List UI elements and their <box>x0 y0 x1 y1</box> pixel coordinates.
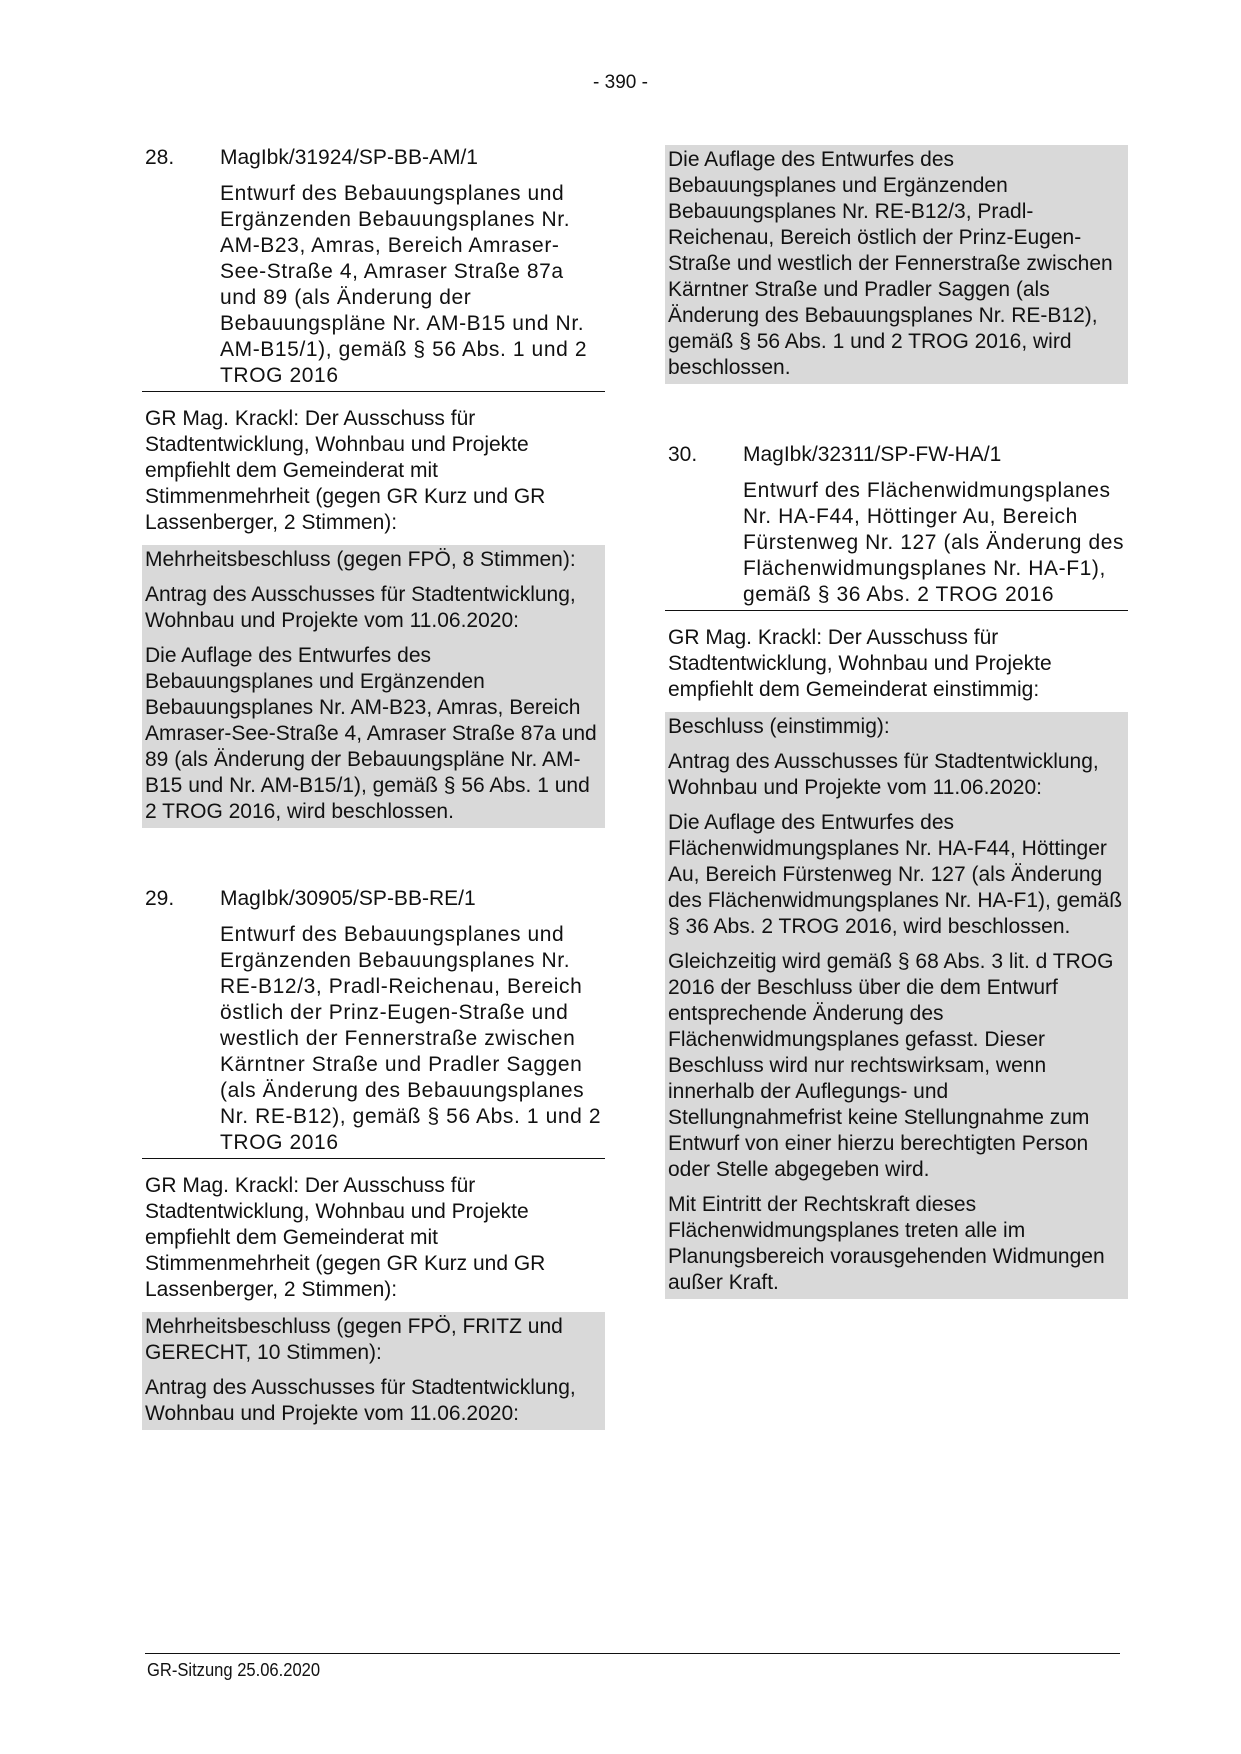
resolution-block: Beschluss (einstimmig): Antrag des Aussc… <box>665 712 1128 1299</box>
resolution-block: Mehrheitsbeschluss (gegen FPÖ, FRITZ und… <box>142 1312 605 1430</box>
agenda-item-28: 28. MagIbk/31924/SP-BB-AM/1 Entwurf des … <box>145 145 602 828</box>
motion-text: Antrag des Ausschusses für Stadtentwickl… <box>668 749 1125 801</box>
item-title: Entwurf des Flächenwidmungsplanes Nr. HA… <box>743 478 1125 608</box>
committee-recommendation: GR Mag. Krackl: Der Ausschuss für Stadte… <box>145 1173 602 1303</box>
resolution-type: Mehrheitsbeschluss (gegen FPÖ, FRITZ und… <box>145 1314 602 1366</box>
resolution-type: Mehrheitsbeschluss (gegen FPÖ, 8 Stimmen… <box>145 547 602 573</box>
divider <box>142 1158 605 1159</box>
additional-resolution: Gleichzeitig wird gemäß § 68 Abs. 3 lit.… <box>668 949 1125 1183</box>
resolution-block: Mehrheitsbeschluss (gegen FPÖ, 8 Stimmen… <box>142 545 605 828</box>
decision-text: Die Auflage des Entwurfes des Flächenwid… <box>668 810 1125 940</box>
item-title: Entwurf des Bebauungsplanes und Ergänzen… <box>220 922 602 1156</box>
item-reference: MagIbk/30905/SP-BB-RE/1 <box>220 886 476 912</box>
item-reference: MagIbk/32311/SP-FW-HA/1 <box>743 442 1001 468</box>
item-number: 29. <box>145 886 220 912</box>
item-title: Entwurf des Bebauungsplanes und Ergänzen… <box>220 181 602 389</box>
item-number: 28. <box>145 145 220 171</box>
item-heading: 29. MagIbk/30905/SP-BB-RE/1 <box>145 886 602 912</box>
legal-effect: Mit Eintritt der Rechtskraft dieses Fläc… <box>668 1192 1125 1296</box>
footer-divider <box>145 1653 1120 1654</box>
page-number: - 390 - <box>0 72 1241 94</box>
right-column: Die Auflage des Entwurfes des Bebauungsp… <box>668 145 1125 1299</box>
resolution-block-continued: Die Auflage des Entwurfes des Bebauungsp… <box>665 145 1128 384</box>
decision-text: Die Auflage des Entwurfes des Bebauungsp… <box>668 147 1125 381</box>
agenda-item-29: 29. MagIbk/30905/SP-BB-RE/1 Entwurf des … <box>145 886 602 1430</box>
committee-recommendation: GR Mag. Krackl: Der Ausschuss für Stadte… <box>668 625 1125 703</box>
left-column: 28. MagIbk/31924/SP-BB-AM/1 Entwurf des … <box>145 145 602 1430</box>
item-heading: 28. MagIbk/31924/SP-BB-AM/1 <box>145 145 602 171</box>
committee-recommendation: GR Mag. Krackl: Der Ausschuss für Stadte… <box>145 406 602 536</box>
item-heading: 30. MagIbk/32311/SP-FW-HA/1 <box>668 442 1125 468</box>
agenda-item-30: 30. MagIbk/32311/SP-FW-HA/1 Entwurf des … <box>668 442 1125 1299</box>
motion-text: Antrag des Ausschusses für Stadtentwickl… <box>145 1375 602 1427</box>
footer-session-date: GR-Sitzung 25.06.2020 <box>147 1660 320 1681</box>
divider <box>665 610 1128 611</box>
decision-text: Die Auflage des Entwurfes des Bebauungsp… <box>145 643 602 825</box>
resolution-type: Beschluss (einstimmig): <box>668 714 1125 740</box>
divider <box>142 391 605 392</box>
motion-text: Antrag des Ausschusses für Stadtentwickl… <box>145 582 602 634</box>
item-reference: MagIbk/31924/SP-BB-AM/1 <box>220 145 478 171</box>
item-number: 30. <box>668 442 743 468</box>
